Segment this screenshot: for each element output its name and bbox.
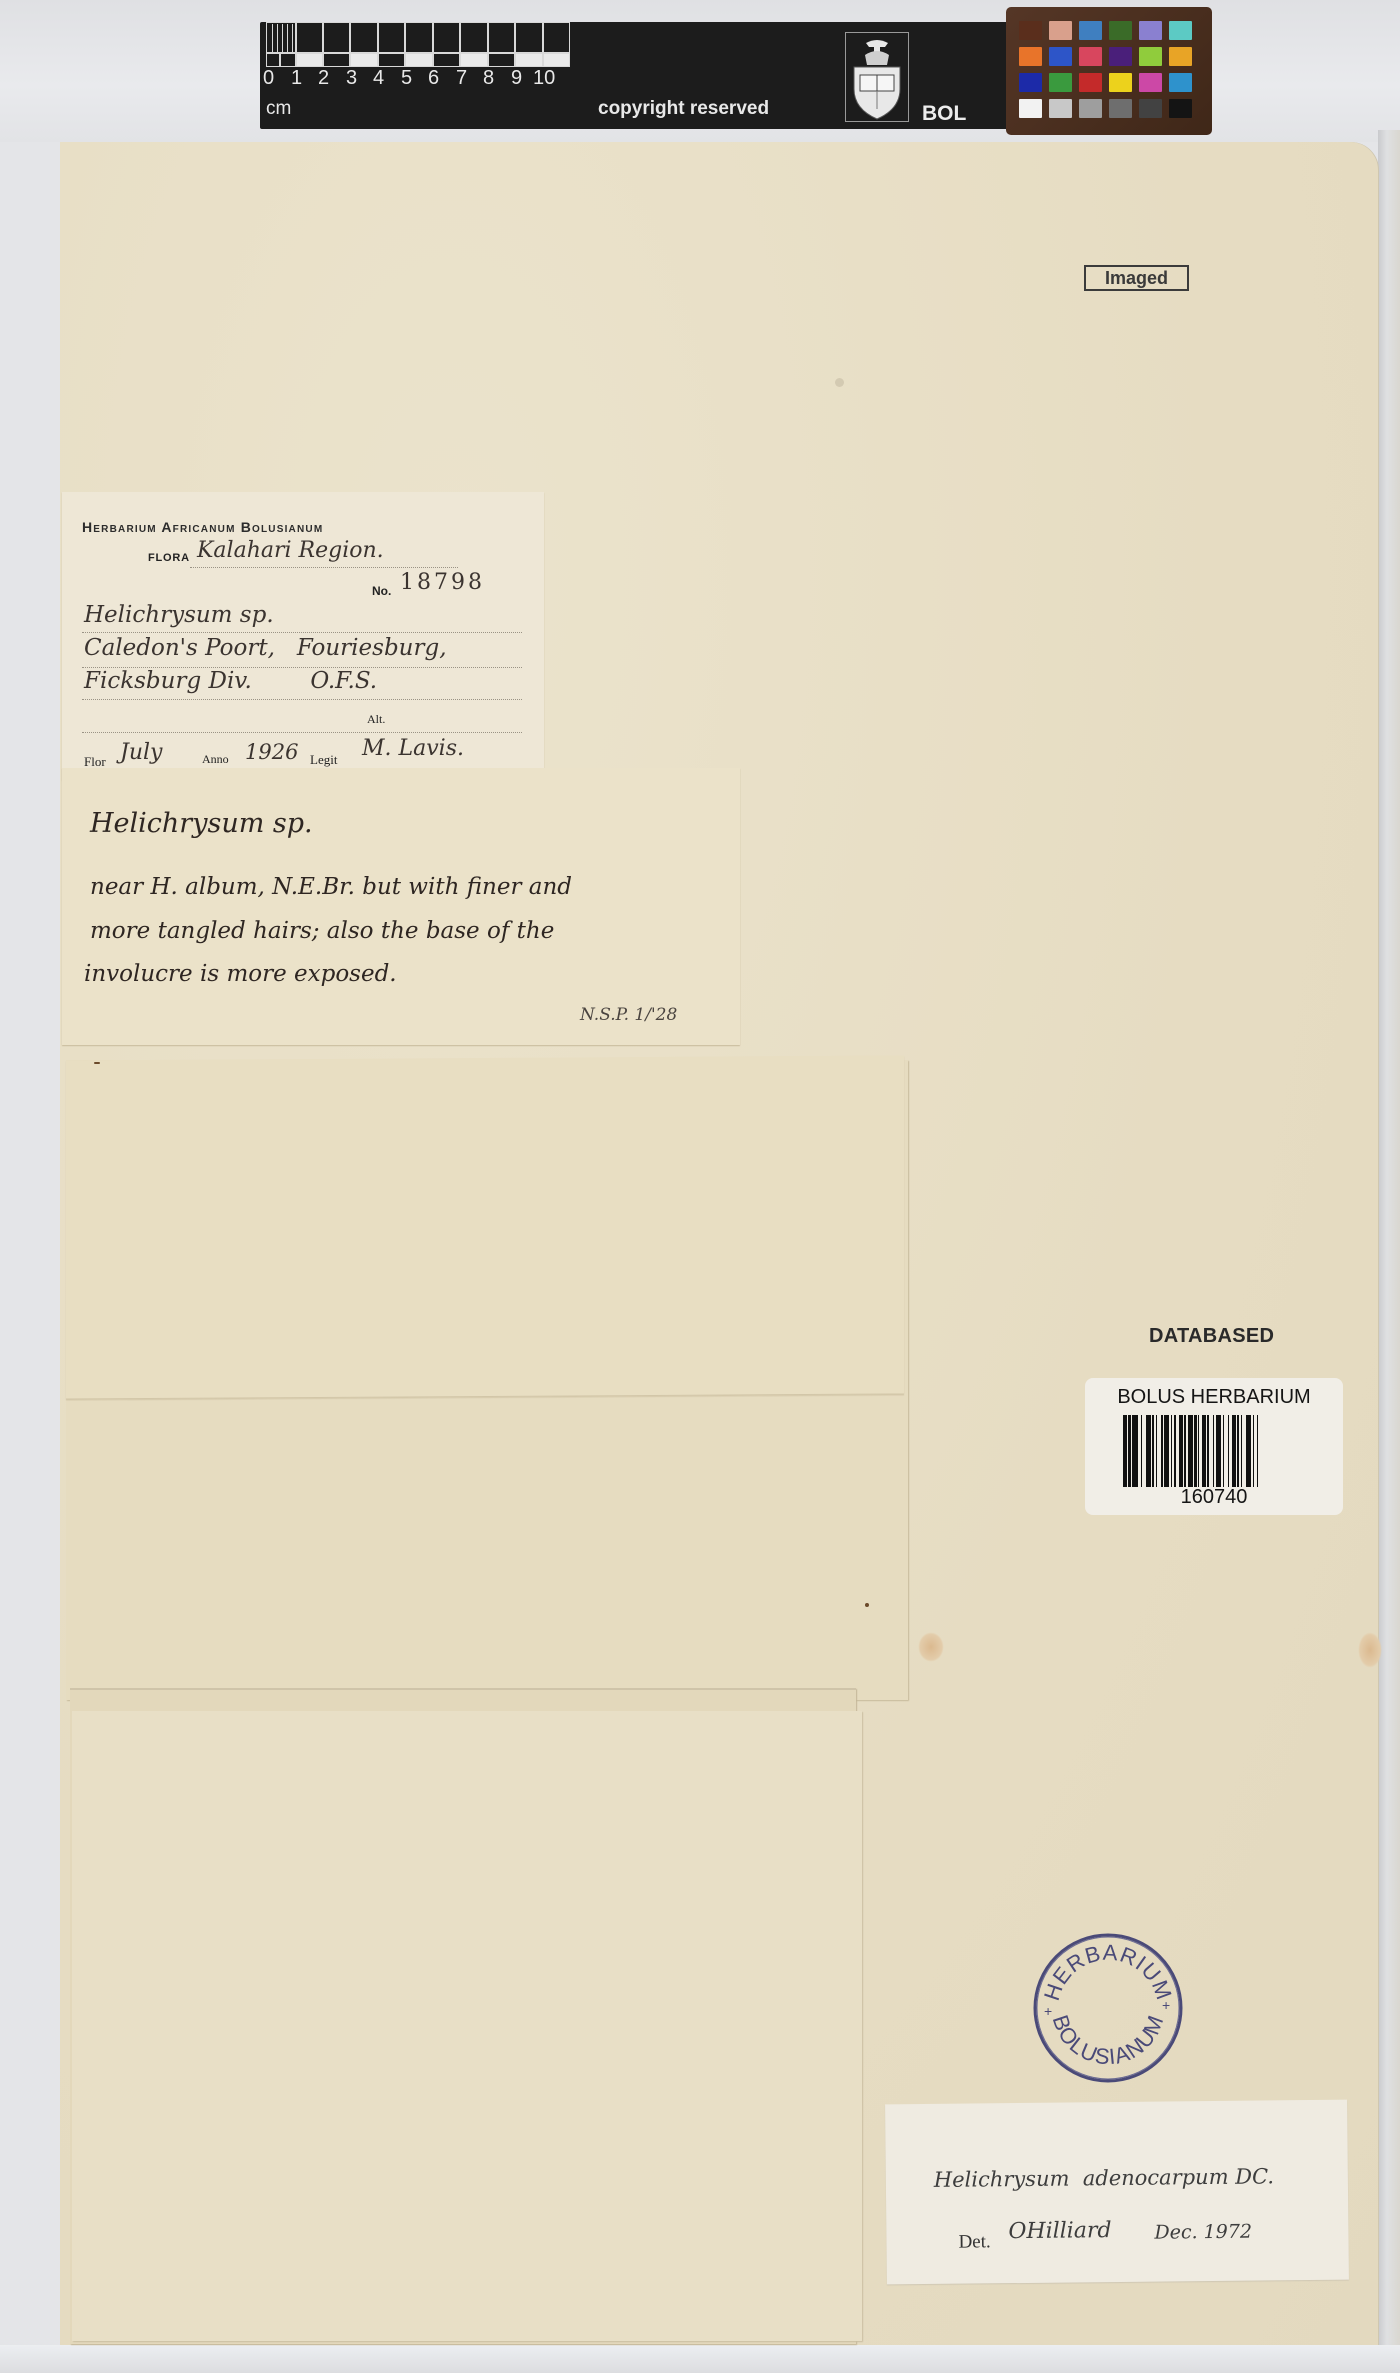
svg-text:BOLUSIANUM: BOLUSIANUM bbox=[1048, 2011, 1169, 2069]
anno-prefix: Anno bbox=[202, 752, 229, 767]
collection-label: Herbarium Africanum Bolusianum FLORA Kal… bbox=[62, 492, 544, 780]
color-swatch bbox=[1049, 21, 1072, 40]
university-crest-icon bbox=[845, 32, 909, 122]
color-swatch bbox=[1109, 99, 1132, 118]
color-swatch bbox=[1079, 99, 1102, 118]
color-swatch bbox=[1019, 47, 1042, 66]
color-swatch bbox=[1109, 73, 1132, 92]
barcode-title: BOLUS HERBARIUM bbox=[1085, 1386, 1343, 1409]
specimen-packet-front[interactable] bbox=[72, 1711, 862, 2341]
color-swatch bbox=[1109, 21, 1132, 40]
stamp-top-text: HERBARIUM bbox=[1039, 1940, 1177, 2004]
color-swatch bbox=[1049, 73, 1072, 92]
number-prefix: No. bbox=[372, 584, 391, 598]
ruler-tick-0: 0 bbox=[263, 67, 274, 90]
flora-prefix: FLORA bbox=[148, 552, 190, 564]
barcode-bar bbox=[1258, 1415, 1263, 1487]
collection-number: 18798 bbox=[400, 570, 485, 595]
note-line: involucre is more exposed. bbox=[84, 961, 397, 987]
color-swatch bbox=[1079, 73, 1102, 92]
institution-code: BOL bbox=[922, 102, 966, 126]
legit-prefix: Legit bbox=[310, 752, 337, 768]
color-swatch bbox=[1019, 73, 1042, 92]
barcode-icon bbox=[1123, 1415, 1301, 1487]
color-swatch bbox=[1169, 73, 1192, 92]
note-title: Helichrysum sp. bbox=[90, 808, 313, 839]
determiner-name: OHilliard bbox=[1008, 2218, 1111, 2244]
institution-header: Herbarium Africanum Bolusianum bbox=[82, 519, 323, 535]
ruler-tick-4: 4 bbox=[373, 67, 384, 90]
svg-text:+: + bbox=[1044, 2003, 1052, 2019]
collector-name: M. Lavis. bbox=[362, 736, 464, 761]
color-swatch bbox=[1049, 99, 1072, 118]
svg-text:HERBARIUM: HERBARIUM bbox=[1039, 1940, 1177, 2004]
specimen-packet-flap[interactable] bbox=[66, 1055, 904, 1399]
note-line: more tangled hairs; also the base of the bbox=[90, 918, 554, 944]
ruler-unit: cm bbox=[266, 98, 291, 120]
herbarium-round-stamp: HERBARIUM BOLUSIANUM + + bbox=[1030, 1930, 1186, 2086]
scale-ruler: 0 1 2 3 4 5 6 7 8 9 10 cm copyright rese… bbox=[260, 22, 1008, 129]
color-swatch bbox=[1079, 21, 1102, 40]
ruler-tick-9: 9 bbox=[511, 67, 522, 90]
label-locality-line: Caledon's Poort, Fouriesburg, bbox=[84, 635, 447, 661]
color-swatch bbox=[1049, 47, 1072, 66]
ruler-tick-10: 10 bbox=[533, 67, 555, 90]
collection-year: 1926 bbox=[245, 740, 298, 764]
ruler-tick-7: 7 bbox=[456, 67, 467, 90]
barcode-number: 160740 bbox=[1085, 1486, 1343, 1509]
ruler-tick-5: 5 bbox=[401, 67, 412, 90]
imaging-backdrop-bottom bbox=[0, 2345, 1400, 2373]
imaged-stamp: Imaged bbox=[1084, 265, 1189, 291]
stain-mark bbox=[1358, 1632, 1382, 1668]
label-taxon-line: Helichrysum sp. bbox=[84, 602, 274, 628]
specimen-speck bbox=[835, 378, 844, 387]
sheet-rail bbox=[1378, 130, 1400, 2373]
determined-name: Helichrysum adenocarpum DC. bbox=[934, 2164, 1274, 2192]
det-prefix: Det. bbox=[958, 2231, 990, 2253]
determination-slip: Helichrysum adenocarpum DC. Det. OHillia… bbox=[885, 2100, 1349, 2285]
color-swatch bbox=[1139, 47, 1162, 66]
specimen-speck bbox=[94, 1062, 100, 1064]
databased-stamp: DATABASED bbox=[1149, 1325, 1274, 1348]
note-signature: N.S.P. 1/'28 bbox=[580, 1005, 677, 1025]
determination-date: Dec. 1972 bbox=[1154, 2221, 1252, 2244]
label-district-line: Ficksburg Div. O.F.S. bbox=[84, 668, 377, 694]
specimen-speck bbox=[865, 1603, 869, 1607]
ruler-tick-6: 6 bbox=[428, 67, 439, 90]
color-swatch bbox=[1139, 21, 1162, 40]
color-swatch bbox=[1019, 21, 1042, 40]
color-swatch bbox=[1019, 99, 1042, 118]
color-swatch bbox=[1139, 73, 1162, 92]
color-swatch bbox=[1169, 47, 1192, 66]
ruler-tick-2: 2 bbox=[318, 67, 329, 90]
color-swatch bbox=[1169, 21, 1192, 40]
ruler-tick-8: 8 bbox=[483, 67, 494, 90]
ruler-tick-3: 3 bbox=[346, 67, 357, 90]
color-swatch bbox=[1109, 47, 1132, 66]
color-swatch bbox=[1139, 99, 1162, 118]
color-swatch bbox=[1079, 47, 1102, 66]
ruler-mm-segment bbox=[266, 22, 296, 53]
stamp-bottom-text: BOLUSIANUM bbox=[1048, 2011, 1169, 2069]
flora-value: Kalahari Region. bbox=[197, 538, 384, 563]
flowering-month: July bbox=[120, 740, 162, 765]
copyright-text: copyright reserved bbox=[598, 98, 769, 120]
ruler-tick-1: 1 bbox=[291, 67, 302, 90]
note-line: near H. album, N.E.Br. but with finer an… bbox=[90, 874, 572, 900]
annotation-note-label: Helichrysum sp. near H. album, N.E.Br. b… bbox=[62, 768, 740, 1045]
stain-mark bbox=[918, 1632, 944, 1662]
barcode-label: BOLUS HERBARIUM 160740 bbox=[1085, 1378, 1343, 1515]
svg-text:+: + bbox=[1162, 1997, 1170, 2013]
color-swatch bbox=[1169, 99, 1192, 118]
color-checker-card bbox=[1006, 7, 1212, 135]
altitude-prefix: Alt. bbox=[367, 712, 385, 727]
